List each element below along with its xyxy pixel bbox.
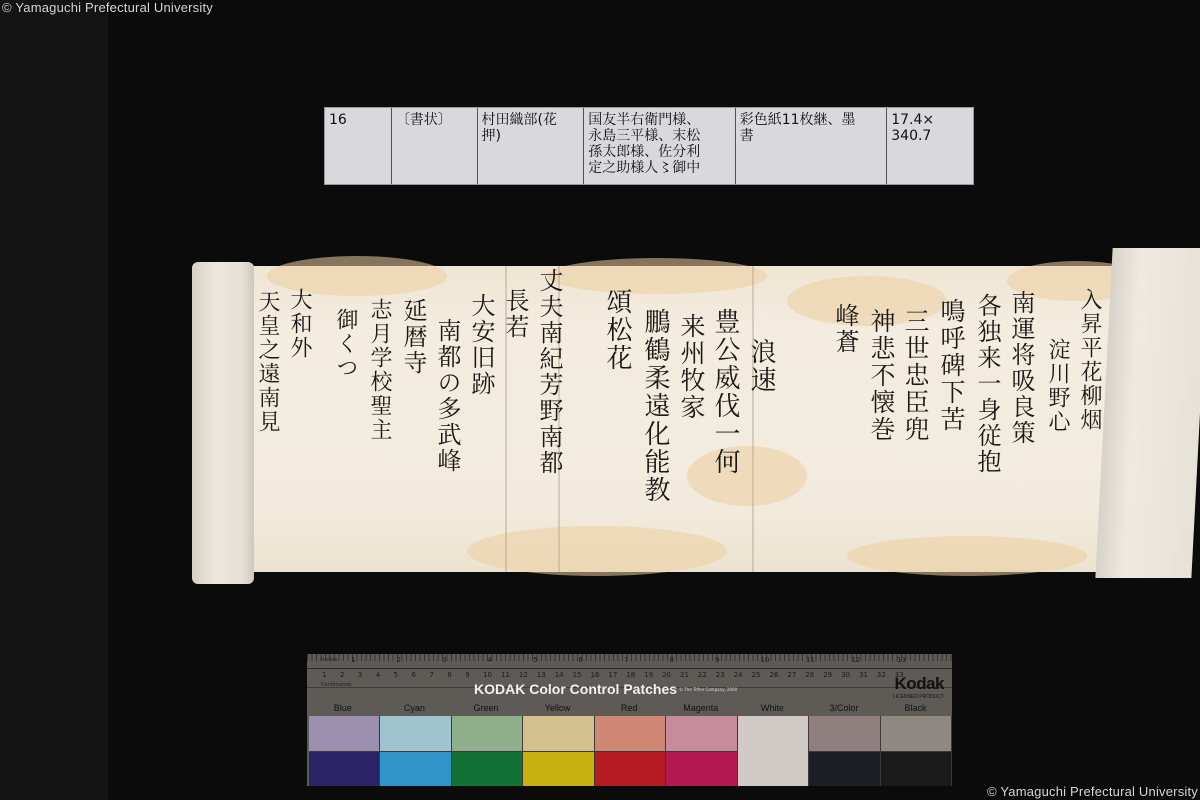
- patch-label: Yellow: [522, 703, 594, 715]
- calligraphy-column: 入昇平花柳烟: [1072, 288, 1106, 432]
- cm-mark: 12: [519, 671, 528, 679]
- calligraphy-column: 延暦寺: [396, 298, 430, 376]
- patch-label: Green: [450, 703, 522, 715]
- patch-label: Black: [880, 703, 952, 715]
- inch-mark: 6: [579, 656, 583, 664]
- calligraphy-column: 大和外: [282, 288, 316, 360]
- cm-mark: 19: [644, 671, 653, 679]
- patch-yellow: [523, 716, 594, 786]
- calligraphy-column: 三世忠臣兜: [898, 308, 932, 443]
- inch-mark: 4: [488, 656, 492, 664]
- catalog-label: 16 〔書状〕 村田織部(花 押) 国友半右衛門様、 永島三平様、末松 孫太郎様…: [324, 107, 974, 185]
- cm-mark: 29: [823, 671, 832, 679]
- label-recipients: 国友半右衛門様、 永島三平様、末松 孫太郎様、佐分利 定之助様人〻御中: [584, 108, 736, 184]
- cm-mark: 4: [376, 671, 380, 679]
- cm-mark: 23: [716, 671, 725, 679]
- cm-mark: 6: [412, 671, 416, 679]
- kodak-logo: Kodak LICENSED PRODUCT: [893, 674, 944, 700]
- kodak-logo-text: Kodak: [893, 674, 944, 694]
- background-panel: [0, 0, 108, 800]
- copyright-watermark-bottom: © Yamaguchi Prefectural University: [987, 784, 1198, 799]
- inch-mark: 10: [761, 656, 770, 664]
- cm-mark: 25: [752, 671, 761, 679]
- inch-mark: 3: [442, 656, 446, 664]
- calligraphy-column: 大安旧跡: [464, 293, 498, 397]
- chart-copyright: © The Tiffen Company, 2000: [679, 687, 737, 692]
- patch-labels: BlueCyanGreenYellowRedMagentaWhite3/Colo…: [307, 703, 952, 715]
- color-patches: [309, 716, 952, 786]
- inch-mark: 11: [806, 656, 815, 664]
- cm-mark: 20: [662, 671, 671, 679]
- kodak-licensed-text: LICENSED PRODUCT: [893, 694, 944, 700]
- cm-mark: 30: [841, 671, 850, 679]
- patch-label: Cyan: [379, 703, 451, 715]
- inch-mark: 1: [351, 656, 355, 664]
- inch-mark: 9: [715, 656, 719, 664]
- patch-magenta: [666, 716, 737, 786]
- patch-cyan: [380, 716, 451, 786]
- inch-mark: 2: [397, 656, 401, 664]
- label-material: 彩色紙11枚継、墨 書: [736, 108, 888, 184]
- calligraphy-column: 峰蒼: [828, 303, 862, 355]
- calligraphy-column: 南都の多武峰: [430, 318, 464, 474]
- cm-mark: 16: [591, 671, 600, 679]
- inch-mark: 7: [624, 656, 628, 664]
- patch-label: Magenta: [665, 703, 737, 715]
- inch-mark: 13: [897, 656, 906, 664]
- inch-mark: 8: [670, 656, 674, 664]
- cm-mark: 24: [734, 671, 743, 679]
- calligraphy-scroll: 一擲多城如脱履孝高 豪機先五層楼 入昇平花柳烟 淀川野心 南運将吸良策 各独来一…: [192, 248, 1200, 588]
- chart-title: KODAK Color Control Patches: [474, 681, 677, 697]
- cm-mark: 18: [626, 671, 635, 679]
- patch-label: White: [737, 703, 809, 715]
- cm-mark: 5: [394, 671, 398, 679]
- cm-mark: 7: [429, 671, 433, 679]
- calligraphy-column: 志月学校聖主: [362, 298, 396, 442]
- calligraphy-column: 各独来一身従抱: [970, 293, 1004, 475]
- patch-red: [595, 716, 666, 786]
- cm-mark: 1: [322, 671, 326, 679]
- cm-mark: 26: [770, 671, 779, 679]
- patch-label: Blue: [307, 703, 379, 715]
- cm-mark: 10: [483, 671, 492, 679]
- label-author: 村田織部(花 押): [478, 108, 585, 184]
- patch-label: 3/Color: [808, 703, 880, 715]
- cm-mark: 2: [340, 671, 344, 679]
- cm-mark: 28: [805, 671, 814, 679]
- calligraphy-column: 御くつ: [328, 308, 362, 380]
- patch-black: [881, 716, 952, 786]
- cm-mark: 11: [501, 671, 510, 679]
- calligraphy-column: 鳴呼碑下苦: [934, 298, 968, 433]
- cm-mark: 15: [573, 671, 582, 679]
- copyright-watermark-top: © Yamaguchi Prefectural University: [2, 0, 213, 15]
- calligraphy-column: 神悲不懐巻: [864, 308, 898, 443]
- inch-mark: 12: [852, 656, 861, 664]
- patch-label: Red: [593, 703, 665, 715]
- cm-mark: 22: [698, 671, 707, 679]
- ruler-cm-label: Centimetres: [321, 682, 352, 688]
- cm-mark: 21: [680, 671, 689, 679]
- scroll-roller-right: [1095, 248, 1200, 578]
- patch-blue: [309, 716, 380, 786]
- cm-mark: 27: [787, 671, 796, 679]
- cm-mark: 8: [447, 671, 451, 679]
- calligraphy-column: 来州牧家: [674, 313, 708, 421]
- ruler-inches-label: Inches: [321, 657, 337, 663]
- label-number: 16: [325, 108, 392, 184]
- cm-mark: 32: [877, 671, 886, 679]
- cm-mark: 17: [608, 671, 617, 679]
- calligraphy-column: 浪速: [744, 338, 778, 394]
- cm-mark: 31: [859, 671, 868, 679]
- cm-mark: 3: [358, 671, 362, 679]
- inch-mark: 5: [533, 656, 537, 664]
- calligraphy-column: 長若: [498, 288, 532, 340]
- patch-green: [452, 716, 523, 786]
- label-size: 17.4× 340.7: [887, 108, 973, 184]
- scroll-roller-left: [192, 262, 254, 584]
- cm-mark: 9: [465, 671, 469, 679]
- calligraphy-column: 豊公威伐一何: [708, 308, 742, 476]
- calligraphy-column: 鵬鶴柔遠化能教: [638, 308, 672, 504]
- cm-mark: 13: [537, 671, 546, 679]
- calligraphy-column: 南運将吸良策: [1004, 290, 1038, 446]
- paper-joint: [752, 266, 754, 572]
- calligraphy-column: 丈夫南紀芳野南都: [532, 268, 566, 476]
- calligraphy-column: 淀川野心: [1040, 338, 1074, 434]
- calligraphy-column: 頌松花: [600, 288, 634, 372]
- patch-3-color: [809, 716, 880, 786]
- cm-mark: 14: [555, 671, 564, 679]
- patch-white: [738, 716, 809, 786]
- calligraphy-column: 天皇之遠南見: [250, 290, 284, 434]
- color-control-chart: Inches Centimetres 12345678910111213 123…: [307, 654, 952, 786]
- label-type: 〔書状〕: [392, 108, 478, 184]
